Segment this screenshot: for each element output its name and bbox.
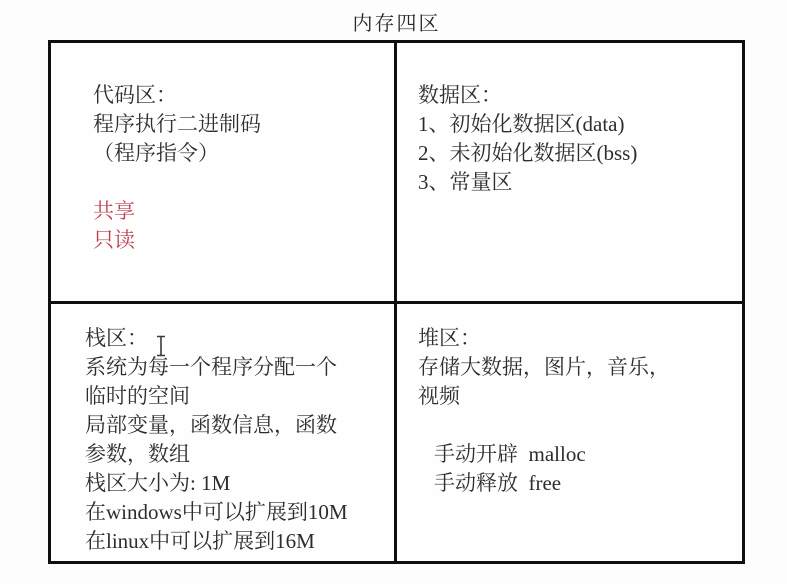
data-area-item: 1、初始化数据区(data) bbox=[418, 110, 742, 139]
memory-grid: 代码区： 程序执行二进制码 （程序指令） 共享 只读 数据区： 1、初始化数据区… bbox=[48, 40, 745, 564]
text-cursor-icon bbox=[155, 335, 167, 357]
stack-area-line: 临时的空间 bbox=[85, 382, 394, 411]
heap-area-line: 存储大数据，图片，音乐， bbox=[418, 353, 742, 382]
code-area-heading: 代码区： bbox=[93, 81, 394, 110]
cell-data-area: 数据区： 1、初始化数据区(data) 2、未初始化数据区(bss) 3、常量区 bbox=[397, 43, 742, 304]
stack-area-heading: 栈区： bbox=[85, 324, 394, 353]
cell-code-area: 代码区： 程序执行二进制码 （程序指令） 共享 只读 bbox=[51, 43, 397, 304]
code-area-line: 程序执行二进制码 bbox=[93, 110, 394, 139]
heap-malloc-line: 手动开辟 malloc bbox=[418, 440, 742, 469]
stack-area-line: 局部变量，函数信息，函数 bbox=[85, 411, 394, 440]
blank-line bbox=[418, 411, 742, 440]
data-area-heading: 数据区： bbox=[418, 81, 742, 110]
data-area-item: 3、常量区 bbox=[418, 168, 742, 197]
cell-heap-area: 堆区： 存储大数据，图片，音乐， 视频 手动开辟 malloc 手动释放 fre… bbox=[397, 304, 742, 561]
data-area-item: 2、未初始化数据区(bss) bbox=[418, 139, 742, 168]
stack-area-line: 在linux中可以扩展到16M bbox=[85, 527, 394, 556]
stack-area-line: 在windows中可以扩展到10M bbox=[85, 498, 394, 527]
page-title: 内存四区 bbox=[48, 7, 745, 36]
stack-area-line: 栈区大小为: 1M bbox=[85, 469, 394, 498]
stack-area-line: 系统为每一个程序分配一个 bbox=[85, 353, 394, 382]
heap-area-heading: 堆区： bbox=[418, 324, 742, 353]
cell-stack-area: 栈区： 系统为每一个程序分配一个 临时的空间 局部变量，函数信息，函数 参数，数… bbox=[51, 304, 397, 561]
code-area-shared-label: 共享 bbox=[93, 197, 394, 226]
stack-area-line: 参数，数组 bbox=[85, 440, 394, 469]
blank-line bbox=[93, 168, 394, 197]
heap-area-line: 视频 bbox=[418, 382, 742, 411]
code-area-readonly-label: 只读 bbox=[93, 226, 394, 255]
memory-regions-slide: 内存四区 代码区： 程序执行二进制码 （程序指令） 共享 只读 数据区： 1、初… bbox=[0, 0, 787, 584]
code-area-line: （程序指令） bbox=[93, 139, 394, 168]
heap-free-line: 手动释放 free bbox=[418, 469, 742, 498]
